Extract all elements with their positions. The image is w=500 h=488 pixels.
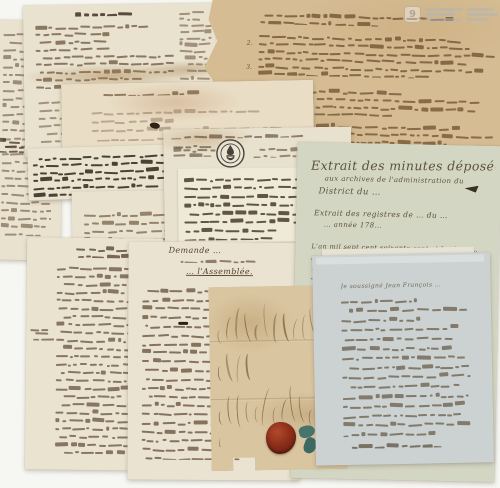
extrait-heading-1: Extrait des minutes déposées bbox=[311, 158, 495, 174]
watermark-logo: 9 bbox=[404, 6, 499, 23]
petition-heading: Demande … bbox=[169, 246, 289, 256]
act-printed-block bbox=[173, 143, 215, 157]
petition-heading-line-2 bbox=[181, 256, 277, 264]
watermark-glyph: 9 bbox=[404, 6, 421, 23]
act-header-line bbox=[171, 130, 343, 140]
bold-mark bbox=[178, 322, 188, 325]
photo-canvas: 2. 3. 4. 4e. … bbox=[0, 0, 500, 488]
revenue-stamp-icon bbox=[215, 138, 245, 168]
extrait-register-1: Extrait des registres de … du … bbox=[314, 208, 486, 221]
booklet-last-line bbox=[352, 439, 462, 449]
ink-blot bbox=[465, 185, 479, 192]
clause-marker-3: 3. bbox=[246, 64, 252, 71]
margin-note bbox=[0, 138, 24, 153]
extrait-heading-2: aux archives de l'administration du bbox=[325, 174, 489, 185]
margin-note bbox=[30, 325, 54, 340]
wax-seal bbox=[266, 422, 297, 455]
letter-paragraph-1 bbox=[258, 30, 495, 80]
watermark-text-bars bbox=[425, 6, 463, 21]
watermark-text-bars bbox=[467, 6, 499, 21]
heading-squiggle bbox=[75, 8, 161, 16]
handwriting-column-1 bbox=[35, 19, 174, 88]
extrait-register-2: … année 178… bbox=[324, 220, 474, 231]
booklet-body-lines bbox=[341, 291, 472, 437]
petition-subheading: … l'Assemblée. bbox=[176, 267, 262, 276]
booklet-top-leaf-edge bbox=[316, 254, 484, 264]
extrait-heading-3: District du … bbox=[318, 186, 438, 199]
clause-marker-2: 2. bbox=[247, 40, 253, 47]
stained-heading-line bbox=[103, 87, 253, 97]
booklet-first-line: Je soussigné Jean François … bbox=[341, 281, 471, 290]
document-blue-booklet: Je soussigné Jean François … bbox=[312, 252, 494, 465]
handwriting-column-2 bbox=[179, 7, 212, 85]
